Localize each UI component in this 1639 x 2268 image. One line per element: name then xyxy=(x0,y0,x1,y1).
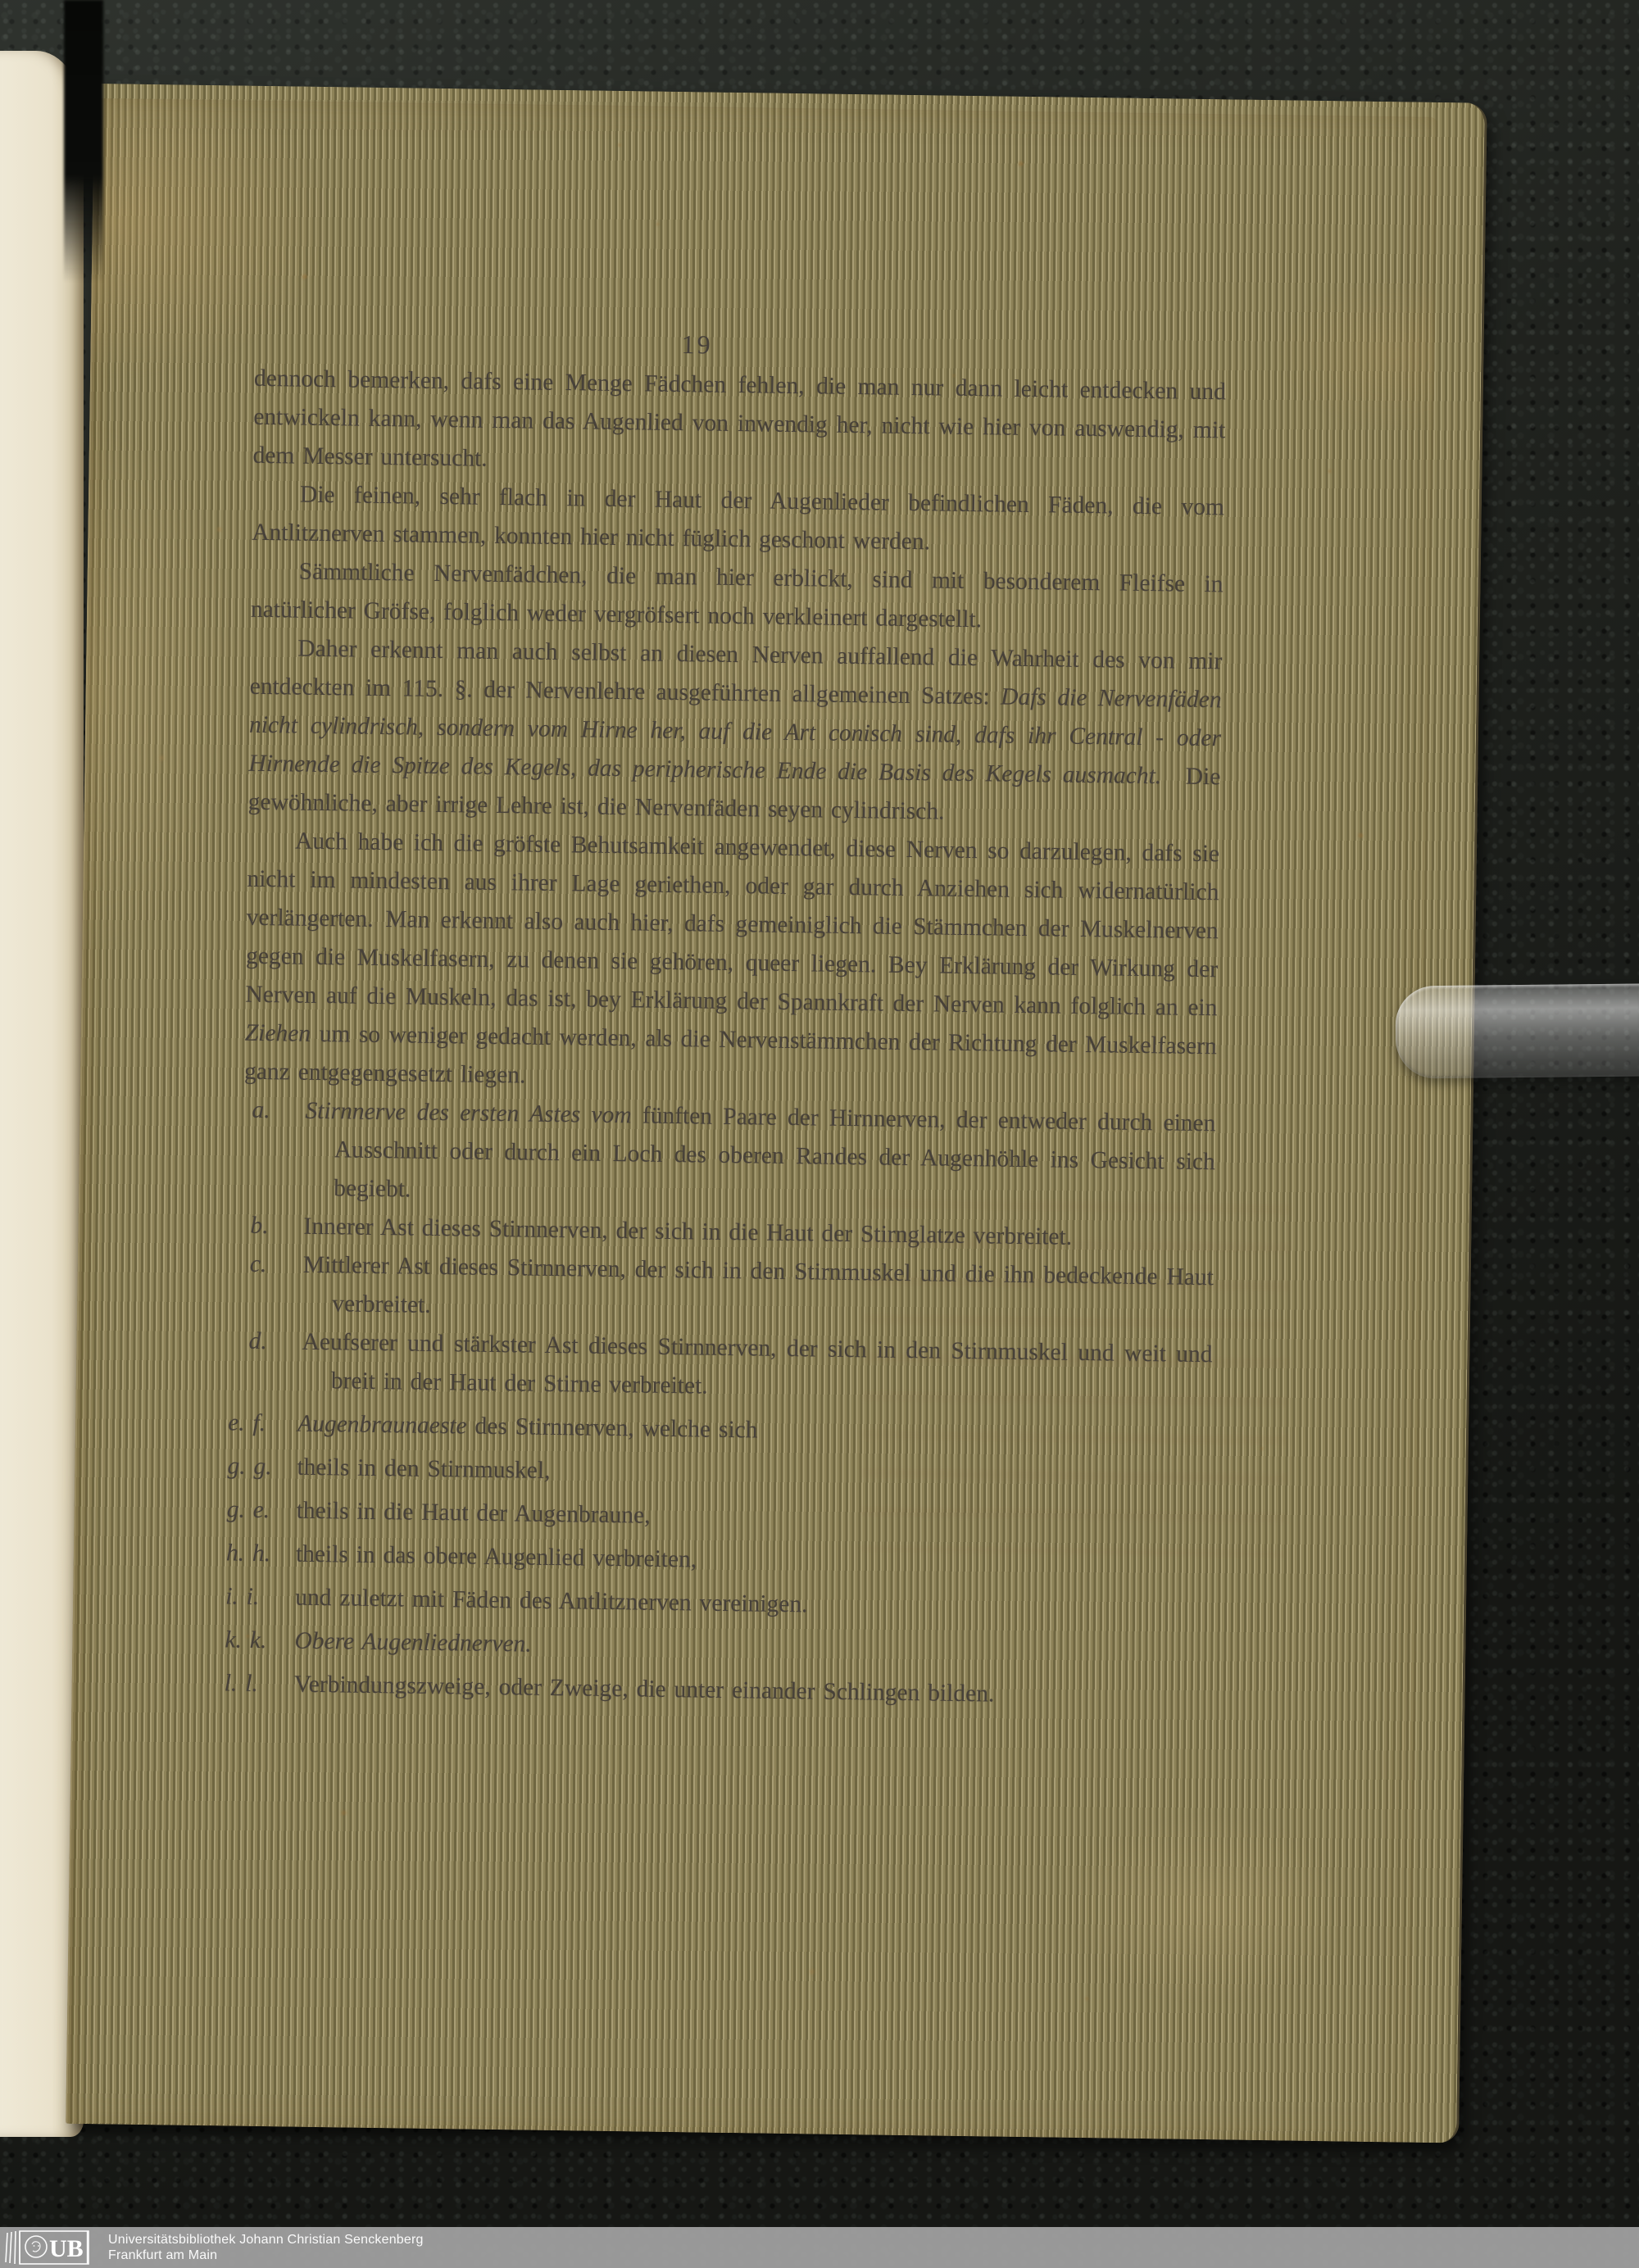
list-item-c: c.Mittlerer Ast dieses Stirnnerven, der … xyxy=(241,1245,1214,1336)
ub-logo-letters: UB xyxy=(49,2235,84,2262)
list-item-ll: l. l.Verbindungszweige, oder Zweige, die… xyxy=(235,1665,1208,1717)
list-item-ii: i. i.und zuletzt mit Fäden des Antlitzne… xyxy=(237,1578,1210,1631)
item-label: a. xyxy=(252,1091,270,1130)
item-label: e. f. xyxy=(228,1404,266,1443)
paragraph-1: dennoch bemerken, dafs eine Menge Fädche… xyxy=(252,360,1226,489)
figure-legend-list: a.Stirnnerve des ersten Astes vom fünfte… xyxy=(235,1091,1215,1717)
item-label: b. xyxy=(250,1207,269,1245)
list-item-a: a.Stirnnerve des ersten Astes vom fünfte… xyxy=(243,1091,1216,1221)
list-item-ge: g. e.theils in die Haut der Augenbraune, xyxy=(238,1491,1210,1544)
page-text: dennoch bemerken, dafs eine Menge Fädche… xyxy=(235,360,1226,1717)
list-item-hh: h. h.theils in das obere Augenlied verbr… xyxy=(238,1535,1210,1587)
item-label: c. xyxy=(250,1245,267,1284)
item-label: g. g. xyxy=(227,1447,272,1486)
item-label: g. e. xyxy=(226,1490,270,1530)
list-item-ef: e. f.Augenbraunaeste des Stirnnerven, we… xyxy=(239,1404,1212,1457)
gutter-shadow xyxy=(64,0,103,283)
item-label: d. xyxy=(248,1322,267,1361)
item-label: k. k. xyxy=(225,1621,266,1660)
list-item-kk: k. k.Obere Augenliednerven. xyxy=(236,1622,1209,1674)
library-city: Frankfurt am Main xyxy=(108,2248,424,2263)
book-cover-board: 19 dennoch bemerken, dafs eine Menge Fäd… xyxy=(66,84,1487,2143)
list-item-gg: g. g.theils in den Stirnmuskel, xyxy=(238,1448,1211,1500)
watermark-banner: UB Universitätsbibliothek Johann Christi… xyxy=(0,2227,1639,2268)
paragraph-2: Die feinen, sehr flach in der Haut der A… xyxy=(252,475,1224,566)
paragraph-3: Sämmtliche Nervenfädchen, die man hier e… xyxy=(251,552,1224,643)
page-number: 19 xyxy=(254,324,1139,366)
item-label: i. i. xyxy=(225,1577,260,1617)
library-caption: Universitätsbibliothek Johann Christian … xyxy=(108,2232,424,2263)
list-item-d: d.Aeufserer und stärkster Ast dieses Sti… xyxy=(240,1322,1213,1413)
item-label: l. l. xyxy=(224,1664,258,1703)
library-name: Universitätsbibliothek Johann Christian … xyxy=(108,2232,424,2248)
book-page: 19 dennoch bemerken, dafs eine Menge Fäd… xyxy=(66,98,1437,2143)
ub-library-logo: UB xyxy=(5,2229,97,2266)
paragraph-5: Auch habe ich die gröfste Behutsamkeit a… xyxy=(244,822,1219,1105)
scan-viewport: { "scan": { "folio": "19", "body": { "p1… xyxy=(0,0,1639,2268)
item-label: h. h. xyxy=(226,1534,271,1573)
paragraph-4: Daher erkennt man auch selbst an diesen … xyxy=(247,629,1222,836)
italic-ziehen: Ziehen xyxy=(245,1020,311,1047)
page-holder-strip xyxy=(1395,983,1639,1078)
ub-logo-icon: UB xyxy=(5,2229,97,2266)
